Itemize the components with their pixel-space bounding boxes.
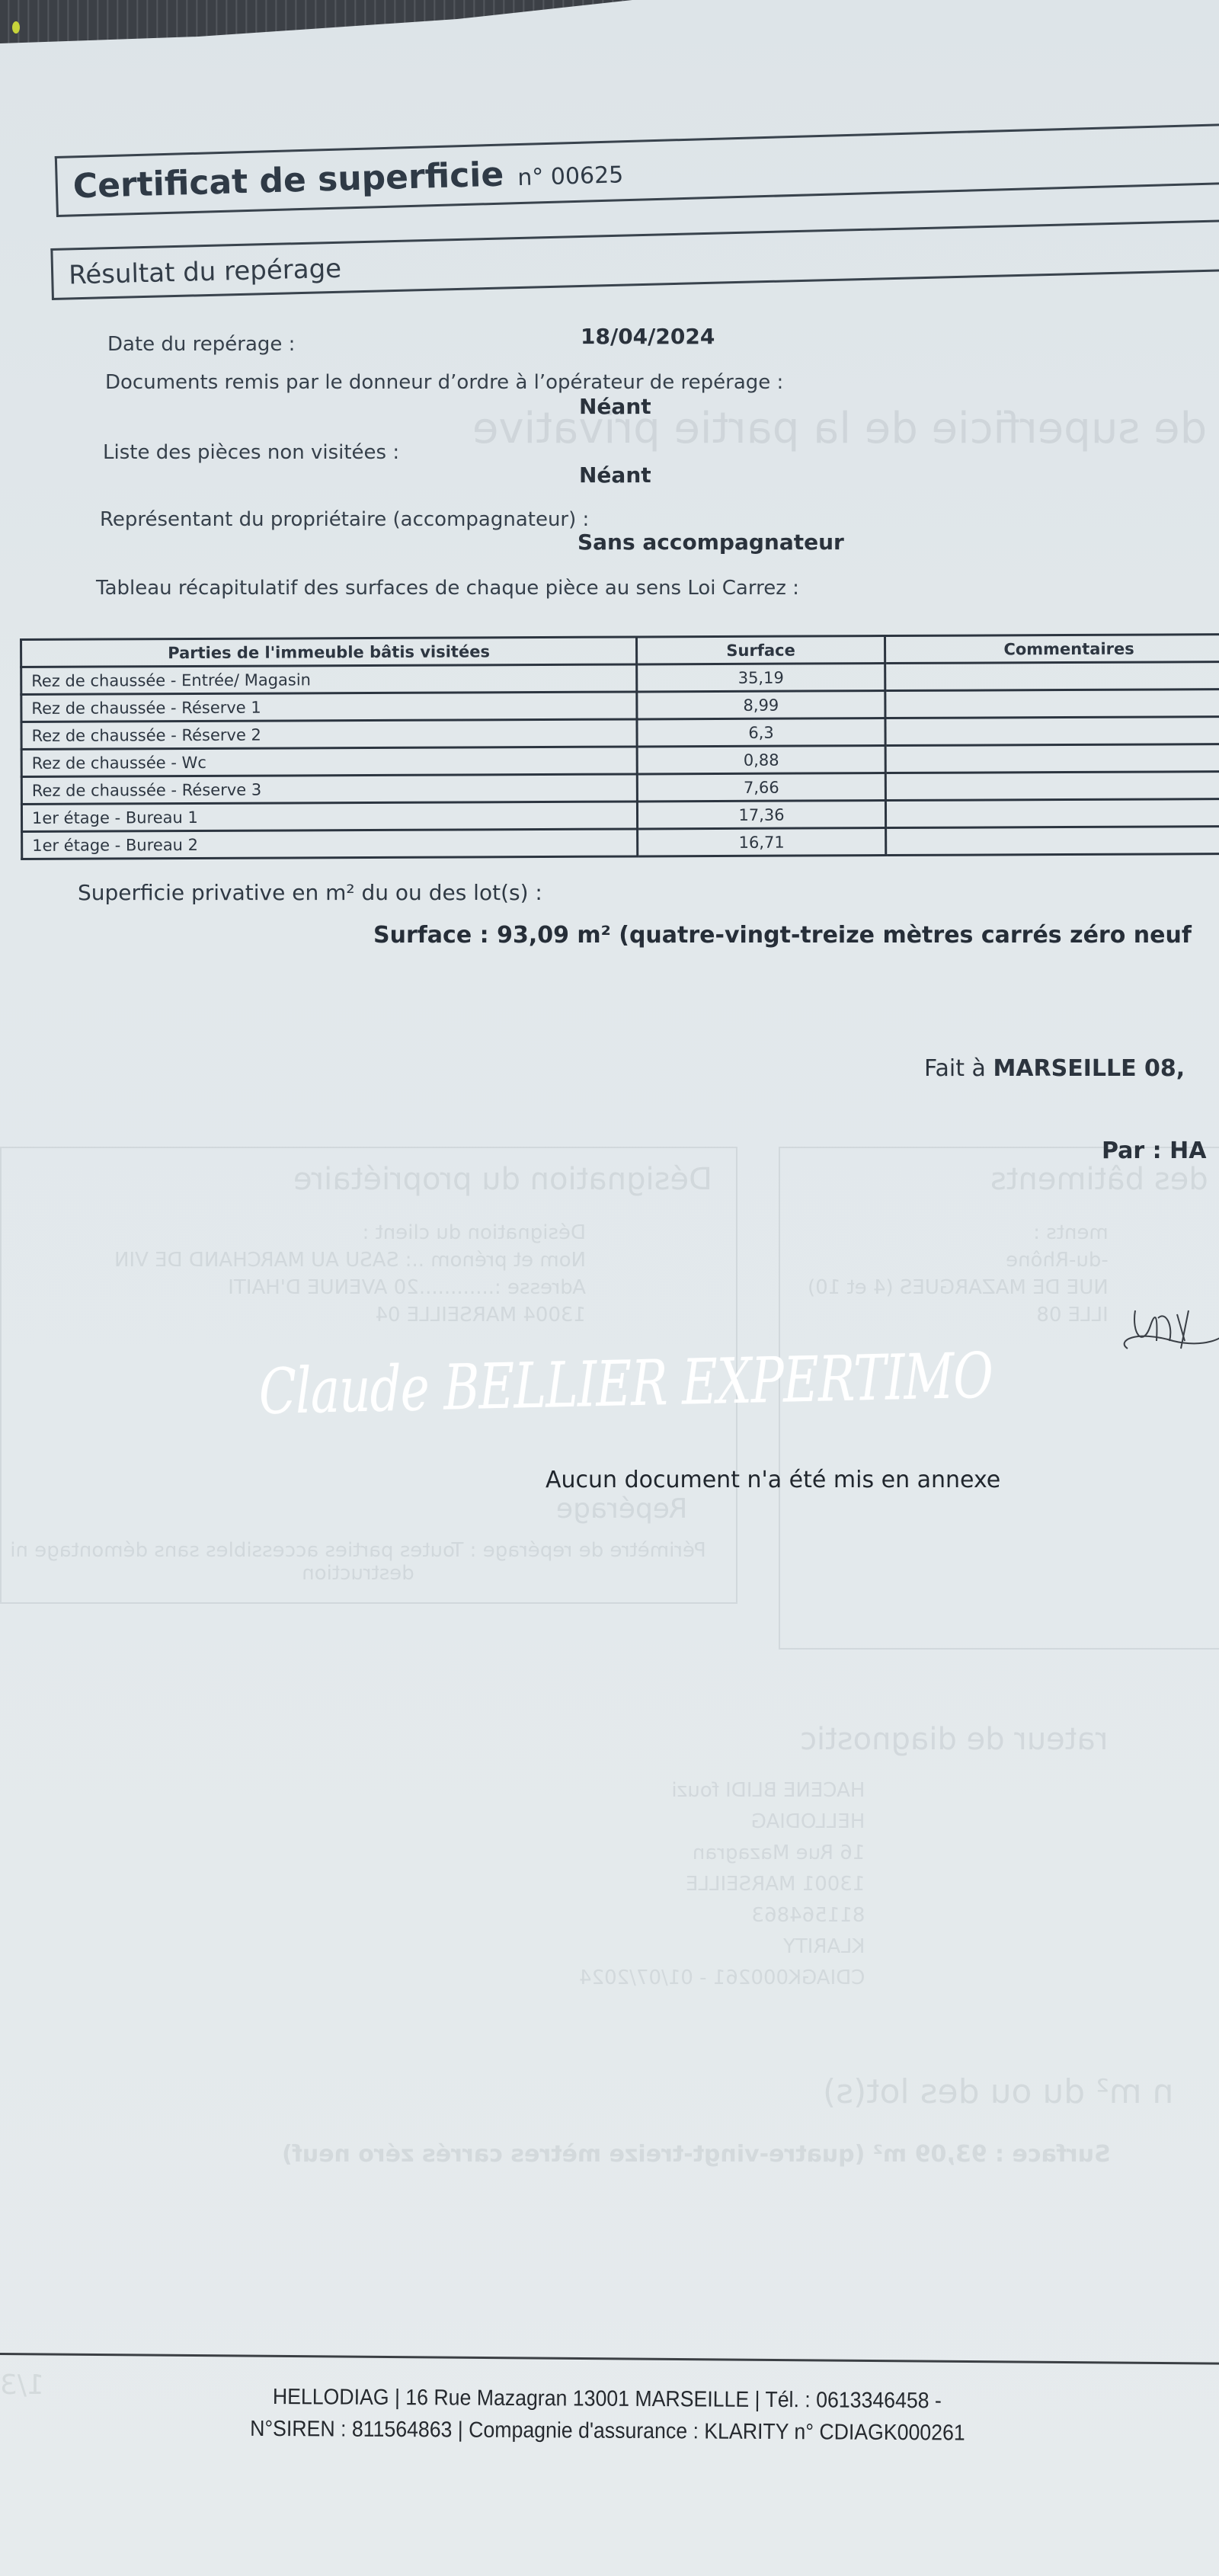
show-through-client: Désignation du client : Nom et prénom ..… — [114, 1219, 586, 1329]
annex-note: Aucun document n'a été mis en annexe — [546, 1467, 1000, 1493]
surface-cell: 0,88 — [637, 746, 885, 774]
surface-cell: 35,19 — [637, 664, 885, 692]
show-through-page-number: 1/3 — [0, 2370, 44, 2401]
column-header-surface: Surface — [636, 636, 885, 664]
show-through-line: Désignation du client : — [114, 1219, 586, 1246]
surfaces-table: Parties de l'immeuble bâtis visitées Sur… — [20, 633, 1219, 860]
room-cell: Rez de chaussée - Wc — [21, 747, 637, 777]
fait-a-prefix: Fait à — [924, 1055, 993, 1082]
date-value: 18/04/2024 — [581, 324, 715, 349]
show-through-line: ments : — [808, 1219, 1109, 1246]
superficie-privative-label: Superficie privative en m² du ou des lot… — [78, 880, 542, 905]
show-through-bottom-heading: n m² du ou des lot(s) — [823, 2072, 1174, 2111]
surface-cell: 6,3 — [637, 718, 885, 747]
section-header-box: Résultat du repérage — [50, 219, 1219, 300]
comment-cell — [886, 826, 1219, 855]
show-through-perimetre: Périmètre de repérage : Toutes parties a… — [0, 1539, 716, 1585]
show-through-line: HELLODIAG — [579, 1806, 865, 1838]
par-operator: Par : HA — [1102, 1138, 1206, 1164]
surface-total: Surface : 93,09 m² (quatre-vingt-treize … — [373, 922, 1192, 949]
representant-value: Sans accompagnateur — [578, 530, 844, 555]
surface-cell: 17,36 — [637, 801, 885, 829]
room-cell: Rez de chaussée - Réserve 1 — [21, 692, 637, 722]
show-through-line: Adresse :............20 AVENUE D'HAITI — [114, 1274, 586, 1301]
handwritten-signature — [1112, 1295, 1219, 1364]
documents-label: Documents remis par le donneur d’ordre à… — [105, 371, 783, 394]
show-through-line: 13004 MARSEILLE 04 — [114, 1301, 586, 1329]
tableau-label: Tableau récapitulatif des surfaces de ch… — [96, 577, 799, 600]
representant-label: Représentant du propriétaire (accompagna… — [100, 508, 589, 531]
show-through-operateur: rateur de diagnostic — [800, 1722, 1108, 1757]
certificate-title: Certificat de superficien° 00625 — [72, 152, 624, 206]
show-through-line: KLARITY — [579, 1931, 865, 1963]
show-through-line: CDIAGK000261 - 01/07/2024 — [579, 1963, 865, 1994]
documents-value: Néant — [579, 394, 651, 419]
column-header-comments: Commentaires — [885, 634, 1219, 663]
comment-cell — [885, 771, 1219, 800]
room-cell: Rez de chaussée - Réserve 3 — [21, 774, 637, 805]
comment-cell — [885, 744, 1219, 773]
show-through-reperage: Repérage — [556, 1493, 687, 1525]
show-through-line: NUE DE MAZARGUES (4 et 10) — [808, 1274, 1109, 1301]
table-row: 1er étage - Bureau 2 16,71 — [22, 826, 1219, 859]
show-through-operateur-details: HACENE BLIDI fouzi HELLODIAG 16 Rue Maza… — [579, 1775, 865, 1994]
show-through-line: 811564863 — [579, 1900, 865, 1931]
surface-cell: 7,66 — [637, 773, 885, 802]
show-through-line: HACENE BLIDI fouzi — [579, 1775, 865, 1806]
document-page: ficat de superficie de la partie privati… — [0, 0, 1219, 2576]
fait-a-city: MARSEILLE 08, — [993, 1055, 1185, 1082]
comment-cell — [885, 689, 1219, 718]
footer-siren-line: N°SIREN : 811564863 | Compagnie d'assura… — [250, 2413, 1044, 2450]
show-through-line: Nom et prénom ..: SASU AU MARCHAND DE VI… — [114, 1246, 586, 1274]
section-title: Résultat du repérage — [69, 254, 342, 291]
comment-cell — [885, 798, 1219, 827]
footer-company-line: HELLODIAG | 16 Rue Mazagran 13001 MARSEI… — [273, 2381, 1044, 2418]
comment-cell — [885, 716, 1219, 745]
show-through-line: 16 Rue Mazagran — [579, 1838, 865, 1869]
show-through-bottom-surface: Surface : 93,09 m² (quatre-vingt-treize … — [282, 2141, 1111, 2168]
show-through-line: ILLE 08 — [808, 1301, 1109, 1329]
show-through-line: -du-Rhône — [808, 1246, 1109, 1274]
date-label: Date du repérage : — [107, 333, 295, 356]
pieces-non-visitees-value: Néant — [579, 462, 651, 488]
pieces-non-visitees-label: Liste des pièces non visitées : — [103, 441, 399, 464]
surface-cell: 8,99 — [637, 691, 885, 719]
show-through-box-title-right: des bâtiments — [990, 1162, 1208, 1197]
footer: HELLODIAG | 16 Rue Mazagran 13001 MARSEI… — [272, 2381, 1043, 2450]
show-through-building: ments : -du-Rhône NUE DE MAZARGUES (4 et… — [808, 1219, 1109, 1329]
room-cell: 1er étage - Bureau 1 — [21, 802, 637, 832]
footer-divider — [0, 2353, 1219, 2365]
fait-a-line: Fait à MARSEILLE 08, — [924, 1055, 1185, 1082]
show-through-box-title-left: Désignation du propriétaire — [293, 1162, 712, 1197]
certificate-title-box: Certificat de superficien° 00625 — [55, 123, 1219, 217]
comment-cell — [885, 661, 1219, 690]
room-cell: 1er étage - Bureau 2 — [22, 829, 638, 859]
column-header-room: Parties de l'immeuble bâtis visitées — [21, 637, 637, 667]
surface-cell: 16,71 — [638, 828, 886, 856]
room-cell: Rez de chaussée - Réserve 2 — [21, 719, 637, 750]
show-through-line: 13001 MARSEILLE — [579, 1869, 865, 1900]
certificate-number: n° 00625 — [517, 162, 624, 191]
room-cell: Rez de chaussée - Entrée/ Magasin — [21, 664, 637, 695]
certificate-title-text: Certificat de superficie — [72, 155, 504, 206]
